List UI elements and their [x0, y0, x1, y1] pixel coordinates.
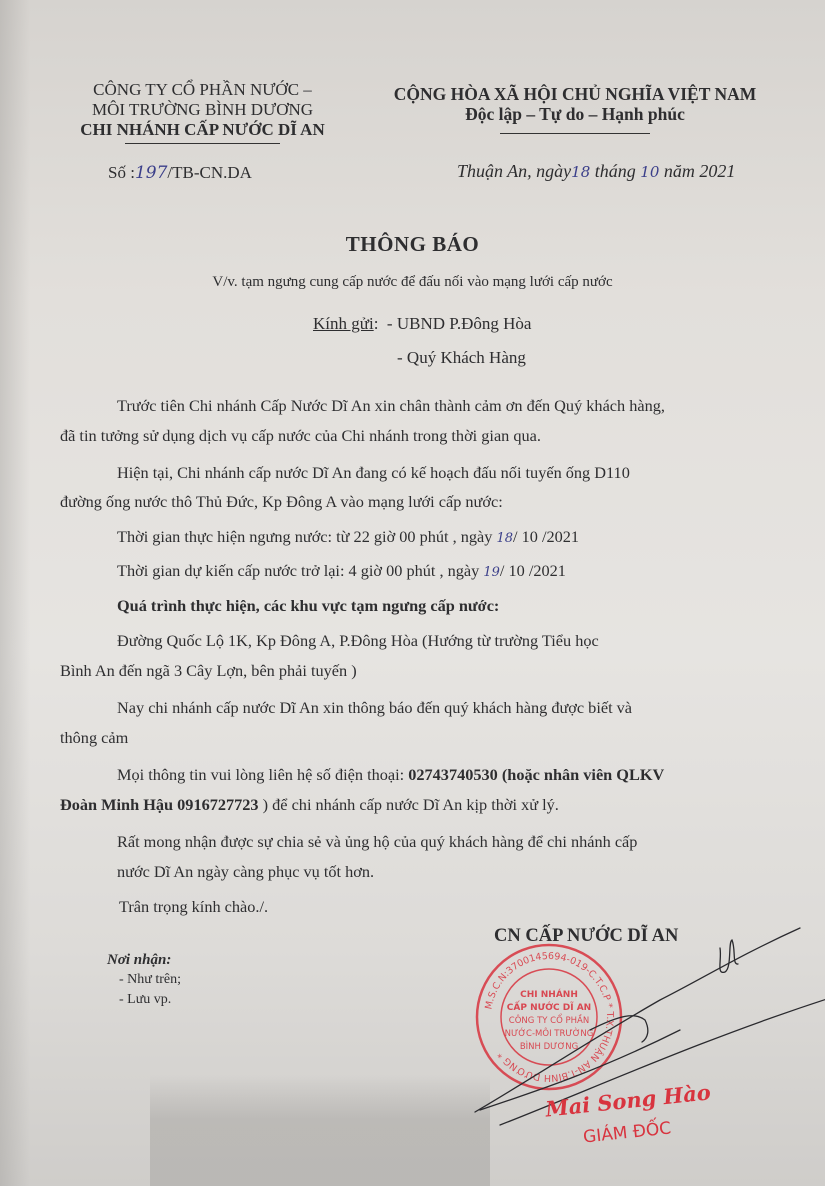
paper-shadow-left [0, 0, 30, 1186]
closing-greeting: Trân trọng kính chào./. [119, 897, 268, 917]
document-number: Số :197/TB-CN.DA [108, 163, 252, 183]
document-title: THÔNG BÁO [0, 232, 825, 257]
doc-number-prefix: Số : [108, 163, 135, 182]
motto-underline [500, 133, 650, 134]
stop-date-suffix: / 10 /2021 [513, 527, 579, 546]
contact-phone-main: 02743740530 (hoặc nhân viên QLKV [408, 765, 664, 784]
distribution-item: - Như trên; [107, 970, 181, 990]
national-title: CỘNG HÒA XÃ HỘI CHỦ NGHĨA VIỆT NAM [385, 84, 765, 104]
date-month-handwritten: 10 [640, 163, 659, 181]
contact-line2: Đoàn Minh Hậu 0916727723 ) để chi nhánh … [60, 795, 559, 815]
areas-line1: Đường Quốc Lộ 1K, Kp Đông A, P.Đông Hòa … [117, 631, 599, 651]
issuer-line-1: CÔNG TY CỔ PHẦN NƯỚC – [60, 80, 345, 100]
notice-line1: Nay chi nhánh cấp nước Dĩ An xin thông b… [117, 698, 632, 718]
issuer-underline [125, 143, 280, 144]
areas-heading: Quá trình thực hiện, các khu vực tạm ngư… [117, 596, 499, 616]
paragraph-plan-line1: Hiện tại, Chi nhánh cấp nước Dĩ An đang … [117, 463, 630, 483]
date-year: năm 2021 [664, 161, 736, 181]
text: Trước tiên Chi nhánh Cấp Nước Dĩ An xin … [117, 396, 665, 416]
contact-label: Mọi thông tin vui lòng liên hệ số điện t… [117, 765, 408, 784]
issuer-branch: CHI NHÁNH CẤP NƯỚC DĨ AN [60, 120, 345, 140]
paper-shadow-bottom [150, 1075, 490, 1186]
stop-day-handwritten: 18 [496, 531, 513, 546]
issue-date: Thuận An, ngày18 tháng 10 năm 2021 [457, 161, 735, 182]
paragraph-plan-line2: đường ống nước thô Thủ Đức, Kp Đông A và… [60, 492, 503, 512]
addressee-label: Kính gửi [313, 314, 374, 333]
resume-date-suffix: / 10 /2021 [500, 561, 566, 580]
addressee-item: - UBND P.Đông Hòa [387, 314, 532, 333]
distribution-heading: Nơi nhận: [107, 950, 181, 970]
date-day-handwritten: 18 [571, 163, 590, 181]
date-month-label: tháng [595, 161, 636, 181]
areas-line2: Bình An đến ngã 3 Cây Lợn, bên phải tuyế… [60, 661, 357, 681]
doc-number-suffix: /TB-CN.DA [167, 163, 252, 182]
contact-suffix: ) để chi nhánh cấp nước Dĩ An kịp thời x… [259, 795, 559, 814]
paragraph-thanks-line2: đã tin tưởng sử dụng dịch vụ cấp nước củ… [60, 426, 541, 446]
resume-day-handwritten: 19 [483, 565, 500, 580]
document-subject: V/v. tạm ngưng cung cấp nước để đấu nối … [0, 274, 825, 291]
contact-staff-phone: Đoàn Minh Hậu 0916727723 [60, 795, 259, 814]
distribution-list: Nơi nhận: - Như trên; - Lưu vp. [107, 950, 181, 1010]
national-motto-block: CỘNG HÒA XÃ HỘI CHỦ NGHĨA VIỆT NAM Độc l… [385, 84, 765, 134]
appreciation-line2: nước Dĩ An ngày càng phục vụ tốt hơn. [117, 862, 374, 882]
resume-time-line: Thời gian dự kiến cấp nước trở lại: 4 gi… [117, 561, 566, 581]
issuer-line-2: MÔI TRƯỜNG BÌNH DƯƠNG [60, 100, 345, 120]
doc-number-handwritten: 197 [135, 163, 167, 183]
addressee-line-2: - Quý Khách Hàng [397, 348, 526, 368]
issuer-block: CÔNG TY CỔ PHẦN NƯỚC – MÔI TRƯỜNG BÌNH D… [60, 80, 345, 144]
addressee-item: - Quý Khách Hàng [397, 348, 526, 367]
distribution-item: - Lưu vp. [107, 990, 181, 1010]
paragraph-thanks-line1: Trước tiên Chi nhánh Cấp Nước Dĩ An xin … [117, 396, 774, 416]
national-motto: Độc lập – Tự do – Hạnh phúc [385, 104, 765, 124]
resume-time-label: Thời gian dự kiến cấp nước trở lại: 4 gi… [117, 561, 479, 580]
date-prefix: Thuận An, ngày [457, 161, 571, 181]
contact-line1: Mọi thông tin vui lòng liên hệ số điện t… [117, 765, 664, 785]
addressee-line-1: Kính gửi: - UBND P.Đông Hòa [313, 314, 531, 334]
addressee-colon: : [374, 314, 379, 333]
notice-line2: thông cảm [60, 728, 128, 748]
stop-time-label: Thời gian thực hiện ngưng nước: từ 22 gi… [117, 527, 492, 546]
stop-time-line: Thời gian thực hiện ngưng nước: từ 22 gi… [117, 527, 579, 547]
appreciation-line1: Rất mong nhận được sự chia sẻ và ủng hộ … [117, 832, 637, 852]
